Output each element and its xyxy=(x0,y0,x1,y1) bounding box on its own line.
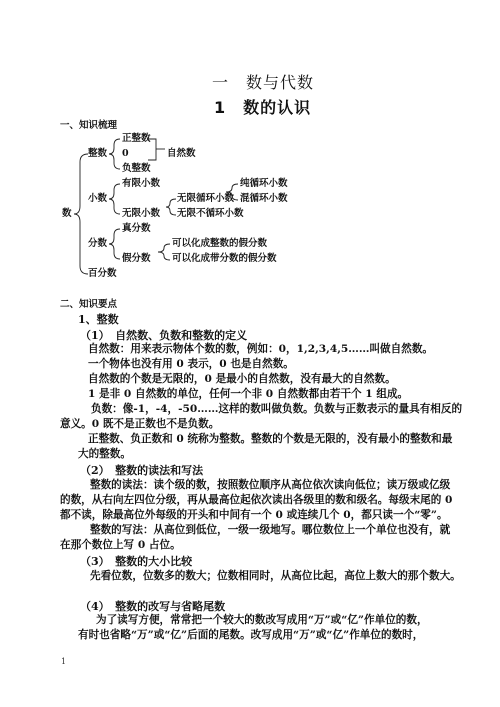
tree-node-pure-repeating: 纯循环小数 xyxy=(240,178,288,190)
tree-node-natural-number: 自然数 xyxy=(167,148,196,160)
paragraph-line: 自然数：用来表示物体个数的数，例如：0，1,2,3,4,5……叫做自然数。 xyxy=(88,342,433,357)
tree-node-decimal: 小数 xyxy=(88,193,107,205)
heading-key-points: 二、知识要点 xyxy=(60,296,117,310)
tree-node-repeating-decimal: 无限循环小数 xyxy=(177,193,234,205)
paragraph-line: 负数：像-1，-4，-50……这样的数叫做负数。负数与正数表示的量具有相反的 xyxy=(91,402,462,417)
tree-node-non-repeating: 无限不循环小数 xyxy=(177,208,244,220)
heading-read-write: （2） 整数的读法和写法 xyxy=(80,462,203,478)
document-page: 一 数与代数 1 数的认识 一、知识梳理 数 整数 正整数 0 自然数 负整数 … xyxy=(0,0,500,707)
heading-compare: （3） 整数的大小比较 xyxy=(80,553,192,569)
tree-node-mixed-repeating: 混循环小数 xyxy=(240,193,288,205)
paragraph-line: 一个物体也没有用 0 表示，0 也是自然数。 xyxy=(88,357,294,372)
tree-node-zero: 0 xyxy=(122,148,129,160)
paragraph-line: 的数，从右向左四位分级，再从最高位起依次读出各级里的数和级名。每级末尾的 0 xyxy=(60,493,452,508)
paragraph-line: 都不读，除最高位外每级的开头和中间有一个 0 或连续几个 0，都只读一个“零”。 xyxy=(60,508,448,523)
paragraph-line: 大的整数。 xyxy=(78,447,131,462)
tree-node-infinite-decimal: 无限小数 xyxy=(122,208,160,220)
tree-node-percent: 百分数 xyxy=(88,268,117,280)
tree-node-proper-fraction: 真分数 xyxy=(122,223,151,235)
paragraph-line: 整数的读法：读个级的数，按照数位顺序从高位依次读向低位；读万级或亿级 xyxy=(90,478,450,493)
paragraph-line: 意义。0 既不是正数也不是负数。 xyxy=(60,417,219,432)
paragraph-line: 为了读写方便，常常把一个较大的数改写成用“万”或“亿”作单位的数， xyxy=(96,613,428,628)
tree-node-positive-integer: 正整数 xyxy=(122,133,151,145)
tree-node-fraction: 分数 xyxy=(88,238,107,250)
tree-node-improper-fraction: 假分数 xyxy=(122,253,151,265)
tree-node-integer: 整数 xyxy=(88,148,107,160)
paragraph-line: 自然数的个数是无限的，0 是最小的自然数，没有最大的自然数。 xyxy=(88,372,396,387)
heading-rewrite-omit: （4） 整数的改写与省略尾数 xyxy=(80,598,225,614)
page-number: 1 xyxy=(61,657,66,666)
heading-integers: 1、整数 xyxy=(78,311,119,327)
heading-definitions: （1） 自然数、负数和整数的定义 xyxy=(80,327,247,343)
tree-node-negative-integer: 负整数 xyxy=(122,163,151,175)
paragraph-line: 有时也省略“万”或“亿”后面的尾数。改写成用“万”或“亿”作单位的数时， xyxy=(78,628,423,643)
tree-node-improper-to-mixed: 可以化成带分数的假分数 xyxy=(172,253,277,265)
paragraph-line: 先看位数，位数多的数大；位数相同时，从高位比起，高位上数大的那个数大。 xyxy=(90,569,461,584)
paragraph-line: 正整数、负正数和 0 统称为整数。整数的个数是无限的，没有最小的整数和最 xyxy=(88,432,452,447)
tree-node-improper-to-integer: 可以化成整数的假分数 xyxy=(172,238,267,250)
paragraph-line: 在那个数位上写 0 占位。 xyxy=(60,538,181,553)
tree-node-finite-decimal: 有限小数 xyxy=(122,178,160,190)
paragraph-line: 1 是非 0 自然数的单位，任何一个非 0 自然数都由若干个 1 组成。 xyxy=(88,387,408,402)
tree-node-number: 数 xyxy=(62,208,72,220)
paragraph-line: 整数的写法：从高位到低位，一级一级地写。哪位数位上一个单位也没有，就 xyxy=(90,523,450,538)
